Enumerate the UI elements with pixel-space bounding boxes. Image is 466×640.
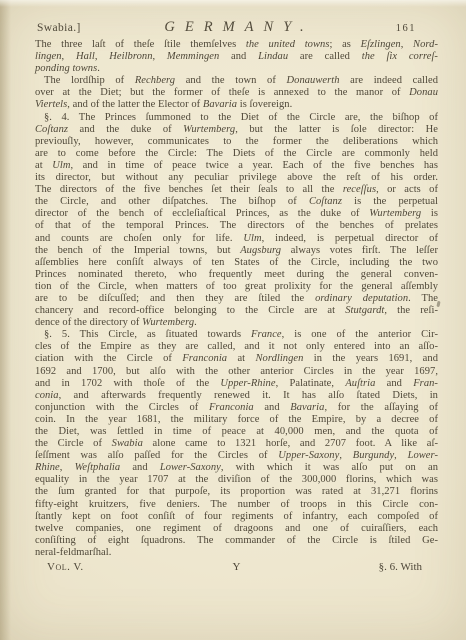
text-line: ſeſſment was alſo paſſed for the Circles…	[35, 450, 438, 462]
text-line: Viertels, and of the latter the Elector …	[35, 99, 438, 111]
text-line: Coſtanz and the duke of Wurtemberg, but …	[35, 124, 438, 136]
text-line: ſtantly kept on foot conſiſt of four reg…	[35, 511, 438, 523]
text-line: aſſemblies here conſiſt always of ten St…	[35, 257, 438, 269]
text-line: at Ulm, and in time of peace twice a yea…	[35, 160, 438, 172]
paragraph: The lordſhip of Rechberg and the town of…	[35, 75, 438, 111]
text-line: 1692 and 1700, but alſo with the other a…	[35, 366, 438, 378]
catchword: §. 6. With	[379, 561, 422, 573]
text-line: the Circle of Swabia alone came to 1321 …	[35, 438, 438, 450]
paragraph: §. 4. The Princes ſummoned to the Diet o…	[35, 112, 438, 330]
text-line: over at the Diet; but the former of theſ…	[35, 87, 438, 99]
text-line: and counts are choſen only for life. Ulm…	[35, 233, 438, 245]
text-line: conſiſting of eight ſquadrons. The comma…	[35, 535, 438, 547]
text-line: its director, but without any peculiar p…	[35, 172, 438, 184]
scan-speck	[436, 301, 440, 307]
text-line: of that of the temporal Princes. The dir…	[35, 220, 438, 232]
text-line: equality in the year 1707 at the diviſio…	[35, 474, 438, 486]
text-line: ciation with the Circle of Franconia at …	[35, 353, 438, 365]
text-line: The directors of the five benches ſet th…	[35, 184, 438, 196]
text-line: §. 4. The Princes ſummoned to the Diet o…	[35, 112, 438, 124]
text-line: conjunction with the Circles of Franconi…	[35, 402, 438, 414]
text-line: the Diet, was ſettled in time of peace a…	[35, 426, 438, 438]
page-footer: Vol. V. Y §. 6. With	[35, 561, 438, 575]
text-line: Rhine, Weſtphalia and Lower-Saxony, with…	[35, 462, 438, 474]
text-line: the ſum granted for that purpoſe, its pr…	[35, 486, 438, 498]
text-line: cles of the Empire as they are called, a…	[35, 341, 438, 353]
text-line: dence of the directory of Wurtemberg.	[35, 317, 438, 329]
text-line: lingen, Hall, Heilbronn, Memmingen and L…	[35, 51, 438, 63]
text-line: tion of the Circle, when matters of too …	[35, 281, 438, 293]
text-line: The lordſhip of Rechberg and the town of…	[35, 75, 438, 87]
text-line: the Circle, and other diſpatches. The bi…	[35, 196, 438, 208]
page-number: 161	[396, 23, 416, 34]
text-line: director of the bench of eccleſiaſtical …	[35, 208, 438, 220]
text-line: coin. In the year 1681, the military for…	[35, 414, 438, 426]
text-line: are to be diſcuſſed; and then they are ſ…	[35, 293, 438, 305]
page-header: Swabia.] GERMANY. 161	[0, 19, 466, 37]
text-line: and in 1702 with thoſe of the Upper-Rhin…	[35, 378, 438, 390]
text-line: twelve companies, one regiment of dragoo…	[35, 523, 438, 535]
text-line: §. 5. This Circle, as ſituated towards F…	[35, 329, 438, 341]
text-line: Princes nominated thereto, who frequentl…	[35, 269, 438, 281]
text-line: chancery and record-office belonging to …	[35, 305, 438, 317]
text-line: ponding towns.	[35, 63, 438, 75]
paragraph: The three laſt of theſe ſtile themſelves…	[35, 39, 438, 75]
text-line: previouſly, however, communicates to the…	[35, 136, 438, 148]
text-line: conia, and afterwards frequently renewed…	[35, 390, 438, 402]
text-line: are to come before the Circle: The Diets…	[35, 148, 438, 160]
text-line: neral-feldmarſhal.	[35, 547, 438, 559]
text-line: the bench of the Imperial towns, but Aug…	[35, 245, 438, 257]
paragraph: §. 5. This Circle, as ſituated towards F…	[35, 329, 438, 559]
signature-mark: Y	[35, 561, 438, 573]
text-line: fifty-eight kruitzers, five deniers. The…	[35, 499, 438, 511]
page-body: The three laſt of theſe ſtile themſelves…	[35, 39, 438, 559]
text-line: The three laſt of theſe ſtile themſelves…	[35, 39, 438, 51]
book-page-scan: Swabia.] GERMANY. 161 The three laſt of …	[0, 0, 466, 640]
